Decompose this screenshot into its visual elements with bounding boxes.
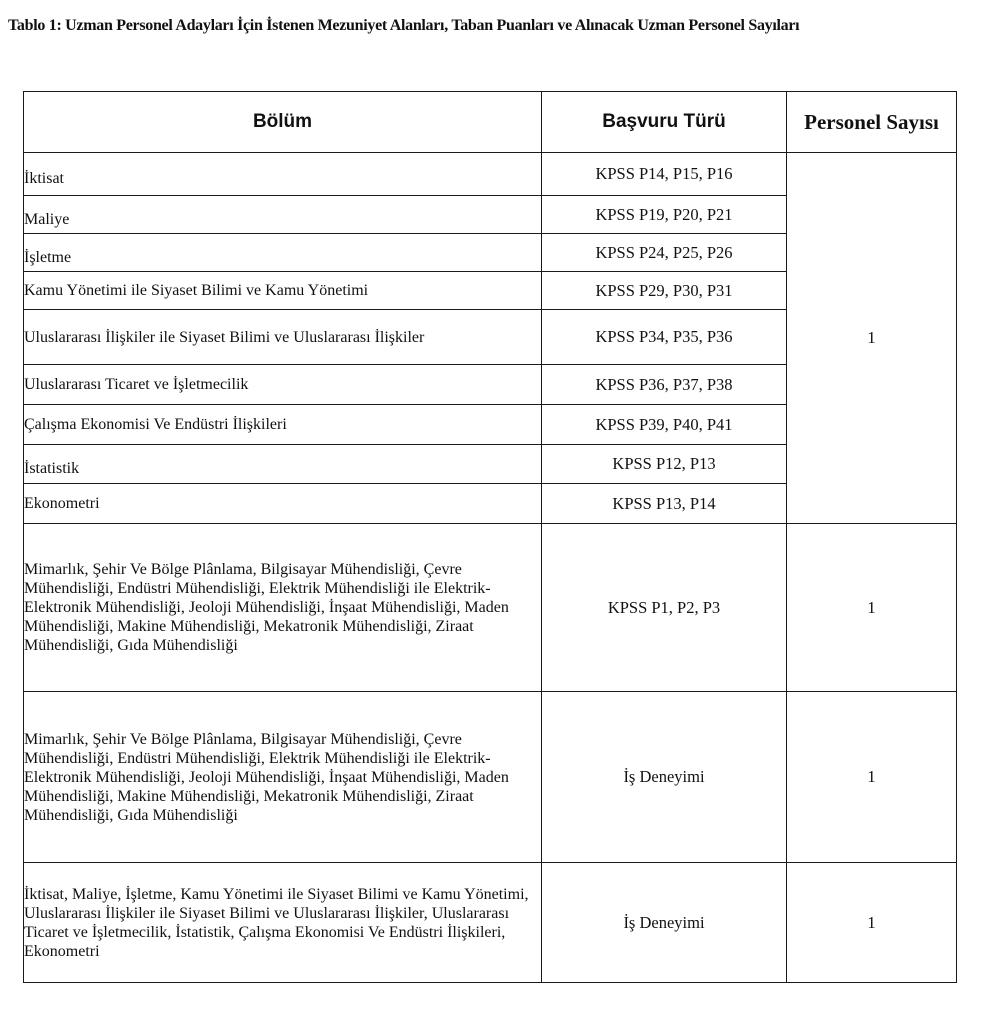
cell-bolum: İktisat, Maliye, İşletme, Kamu Yönetimi … <box>24 863 542 983</box>
table-row: Mimarlık, Şehir Ve Bölge Plânlama, Bilgi… <box>24 524 957 692</box>
cell-basvuru: İş Deneyimi <box>542 692 787 863</box>
cell-personel-sayisi: 1 <box>787 863 957 983</box>
cell-bolum: Mimarlık, Şehir Ve Bölge Plânlama, Bilgi… <box>24 692 542 863</box>
table-caption: Tablo 1: Uzman Personel Adayları İçin İs… <box>8 12 978 39</box>
cell-basvuru: KPSS P13, P14 <box>542 484 787 524</box>
cell-bolum: Çalışma Ekonomisi Ve Endüstri İlişkileri <box>24 405 542 445</box>
cell-basvuru: KPSS P19, P20, P21 <box>542 196 787 234</box>
cell-bolum: Ekonometri <box>24 484 542 524</box>
cell-personel-sayisi: 1 <box>787 524 957 692</box>
cell-basvuru: KPSS P39, P40, P41 <box>542 405 787 445</box>
cell-bolum: Mimarlık, Şehir Ve Bölge Plânlama, Bilgi… <box>24 524 542 692</box>
cell-basvuru: İş Deneyimi <box>542 863 787 983</box>
cell-personel-sayisi: 1 <box>787 692 957 863</box>
cell-bolum: Maliye <box>24 196 542 234</box>
table-row: İktisat KPSS P14, P15, P16 1 <box>24 153 957 196</box>
table-row: Mimarlık, Şehir Ve Bölge Plânlama, Bilgi… <box>24 692 957 863</box>
cell-bolum: Uluslararası İlişkiler ile Siyaset Bilim… <box>24 310 542 365</box>
cell-basvuru: KPSS P1, P2, P3 <box>542 524 787 692</box>
table-row: İktisat, Maliye, İşletme, Kamu Yönetimi … <box>24 863 957 983</box>
cell-basvuru: KPSS P12, P13 <box>542 445 787 484</box>
header-personel-sayisi: Personel Sayısı <box>787 92 957 153</box>
positions-table: Bölüm Başvuru Türü Personel Sayısı İktis… <box>23 91 957 983</box>
header-basvuru-turu: Başvuru Türü <box>542 92 787 153</box>
cell-basvuru: KPSS P36, P37, P38 <box>542 365 787 405</box>
cell-basvuru: KPSS P24, P25, P26 <box>542 234 787 272</box>
cell-basvuru: KPSS P14, P15, P16 <box>542 153 787 196</box>
cell-bolum: Kamu Yönetimi ile Siyaset Bilimi ve Kamu… <box>24 272 542 310</box>
cell-personel-sayisi-merged: 1 <box>787 153 957 524</box>
cell-basvuru: KPSS P29, P30, P31 <box>542 272 787 310</box>
cell-bolum: İktisat <box>24 153 542 196</box>
cell-bolum: İşletme <box>24 234 542 272</box>
cell-bolum: İstatistik <box>24 445 542 484</box>
header-bolum: Bölüm <box>24 92 542 153</box>
table-header-row: Bölüm Başvuru Türü Personel Sayısı <box>24 92 957 153</box>
cell-basvuru: KPSS P34, P35, P36 <box>542 310 787 365</box>
cell-bolum: Uluslararası Ticaret ve İşletmecilik <box>24 365 542 405</box>
